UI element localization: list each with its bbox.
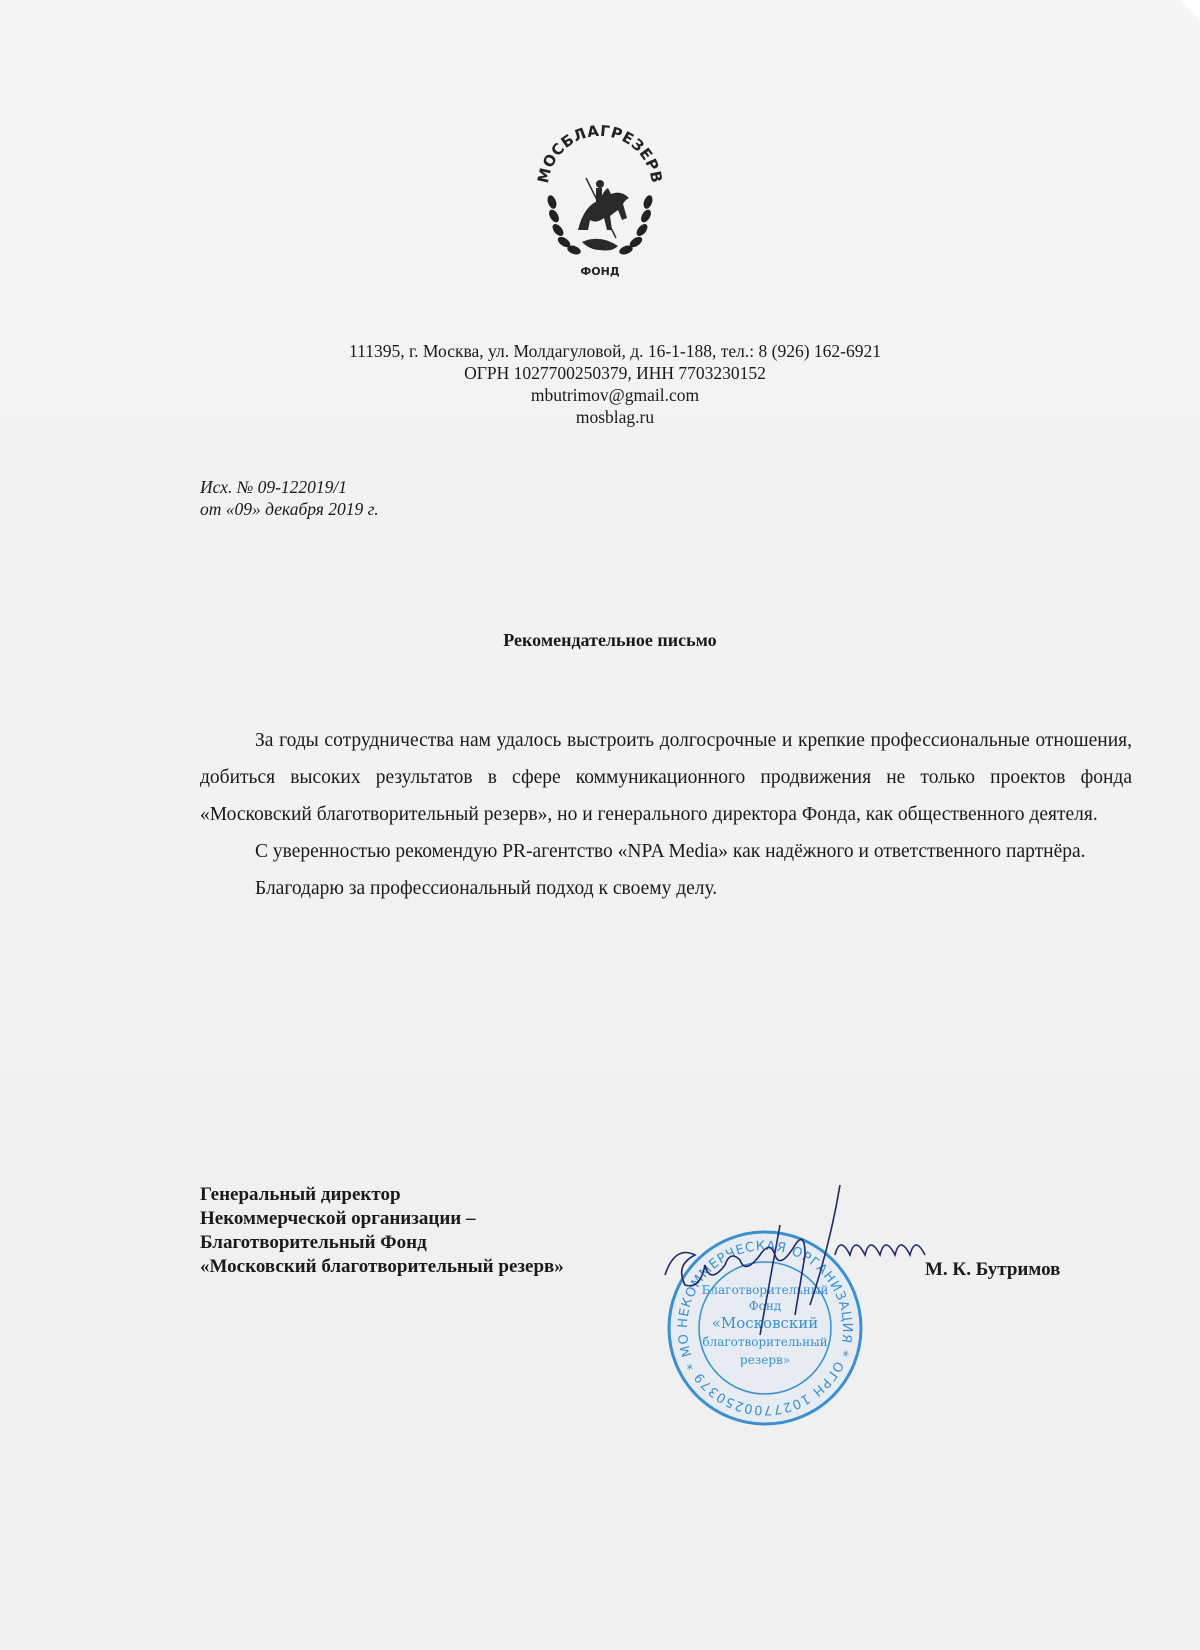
signer-name: М. К. Бутримов	[925, 1259, 1060, 1281]
foundation-logo: МОСБЛАГРЕЗЕРВ	[530, 110, 670, 280]
paragraph: С уверенностью рекомендую PR-агентство «…	[200, 833, 1132, 870]
letterhead-contacts: 111395, г. Москва, ул. Молдагуловой, д. …	[0, 340, 1200, 428]
document-title: Рекомендательное письмо	[0, 630, 1200, 651]
address-line: 111395, г. Москва, ул. Молдагуловой, д. …	[30, 340, 1200, 362]
logo-sub-text: ФОНД	[580, 265, 619, 278]
letter-page: МОСБЛАГРЕЗЕРВ	[0, 0, 1200, 1650]
logo-arc-text: МОСБЛАГРЕЗЕРВ	[534, 122, 666, 185]
st-george-emblem-icon: МОСБЛАГРЕЗЕРВ	[530, 110, 670, 280]
website-text: mosblag.ru	[30, 406, 1200, 428]
signature-scribble-icon	[660, 1185, 940, 1335]
email-text: mbutrimov@gmail.com	[30, 384, 1200, 406]
paragraph: Благодарю за профессиональный подход к с…	[200, 870, 1132, 907]
outgoing-reference: Исх. № 09-122019/1 от «09» декабря 2019 …	[200, 476, 379, 520]
outgoing-date: от «09» декабря 2019 г.	[200, 498, 379, 520]
registration-line: ОГРН 1027700250379, ИНН 7703230152	[30, 362, 1200, 384]
outgoing-number: Исх. № 09-122019/1	[200, 476, 379, 498]
svg-text:резерв»: резерв»	[740, 1353, 790, 1367]
svg-text:МОСБЛАГРЕЗЕРВ: МОСБЛАГРЕЗЕРВ	[534, 122, 666, 185]
letter-body: За годы сотрудничества нам удалось выстр…	[200, 722, 1132, 907]
paragraph: За годы сотрудничества нам удалось выстр…	[200, 722, 1132, 833]
signatory-position: Генеральный директор Некоммерческой орга…	[200, 1183, 564, 1279]
handwritten-signature	[660, 1185, 940, 1335]
svg-text:благотворительный: благотворительный	[702, 1335, 827, 1349]
page-corner	[1180, 0, 1200, 20]
